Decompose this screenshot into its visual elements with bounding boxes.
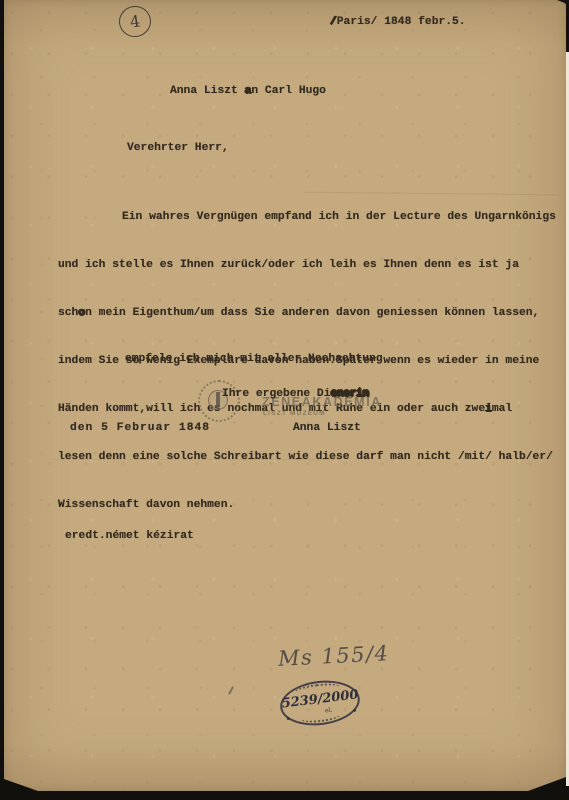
museum-emblem-stamp-icon <box>198 380 240 422</box>
museum-stamp-subtitle: LISZT MÚZEUM <box>263 410 326 417</box>
salutation: Verehrter Herr, <box>127 142 229 154</box>
dateline-post: Paris/ 1848 febr.5. <box>337 16 466 28</box>
accession-number: 5239/2000 <box>281 687 358 711</box>
addressee-line: Anna Liszt an Carl Hugo <box>170 85 326 97</box>
body-line-2-text: und ich stelle es Ihnen zurück/oder ich … <box>58 259 519 271</box>
body-line-5-overstrike: i <box>485 403 492 415</box>
museum-emblem-bar <box>216 392 220 407</box>
body-line-7-text: Wissenschaft davon nehmen. <box>58 499 234 511</box>
body-line-7: Wissenschaft davon nehmen. <box>58 493 569 517</box>
accession-stamp-bottom-arc-text <box>300 709 341 725</box>
date-line: den 5 Februar 1848 <box>70 422 210 434</box>
body-line-5-post: mal <box>492 403 512 415</box>
addressee-post: n Carl Hugo <box>251 85 326 97</box>
page-number-text: 4 <box>129 11 142 31</box>
closing-line: empfele ich mich mit aller Hochachtung <box>125 353 383 365</box>
body-line-3-post: n mein Eigenthum/um dass Sie anderen dav… <box>85 307 539 319</box>
signature-overstrike: enerin <box>330 388 368 400</box>
body-line-1-text: Ein wahres Vergnügen empfand ich in der … <box>122 211 556 223</box>
body-line-1: Ein wahres Vergnügen empfand ich in der … <box>58 205 569 229</box>
body-line-2: und ich stelle es Ihnen zurück/oder ich … <box>58 253 569 277</box>
accession-stamp-dot <box>286 717 289 720</box>
signed-name: Anna Liszt <box>293 422 361 434</box>
body-line-6: lesen denn eine solche Schreibart wie di… <box>58 445 569 469</box>
dateline: /Paris/ 1848 febr.5. <box>330 16 466 28</box>
body-line-3: schon mein Eigenthum/um dass Sie anderen… <box>58 301 569 325</box>
body-line-3-text: sch <box>58 307 78 319</box>
dateline-overstrike: / <box>330 16 337 28</box>
addressee-pre: Anna Liszt <box>170 85 245 97</box>
signature-formula: Ihre ergebene Dienerin <box>222 388 369 400</box>
signature-pre: Ihre ergebene Di <box>222 388 330 400</box>
archivist-note: eredt.német kézirat <box>65 530 194 542</box>
body-line-6-text: lesen denn eine solche Schreibart wie di… <box>58 451 553 463</box>
scanned-letter-screenshot: { "document": { "page_number": "4", "dat… <box>0 0 569 800</box>
